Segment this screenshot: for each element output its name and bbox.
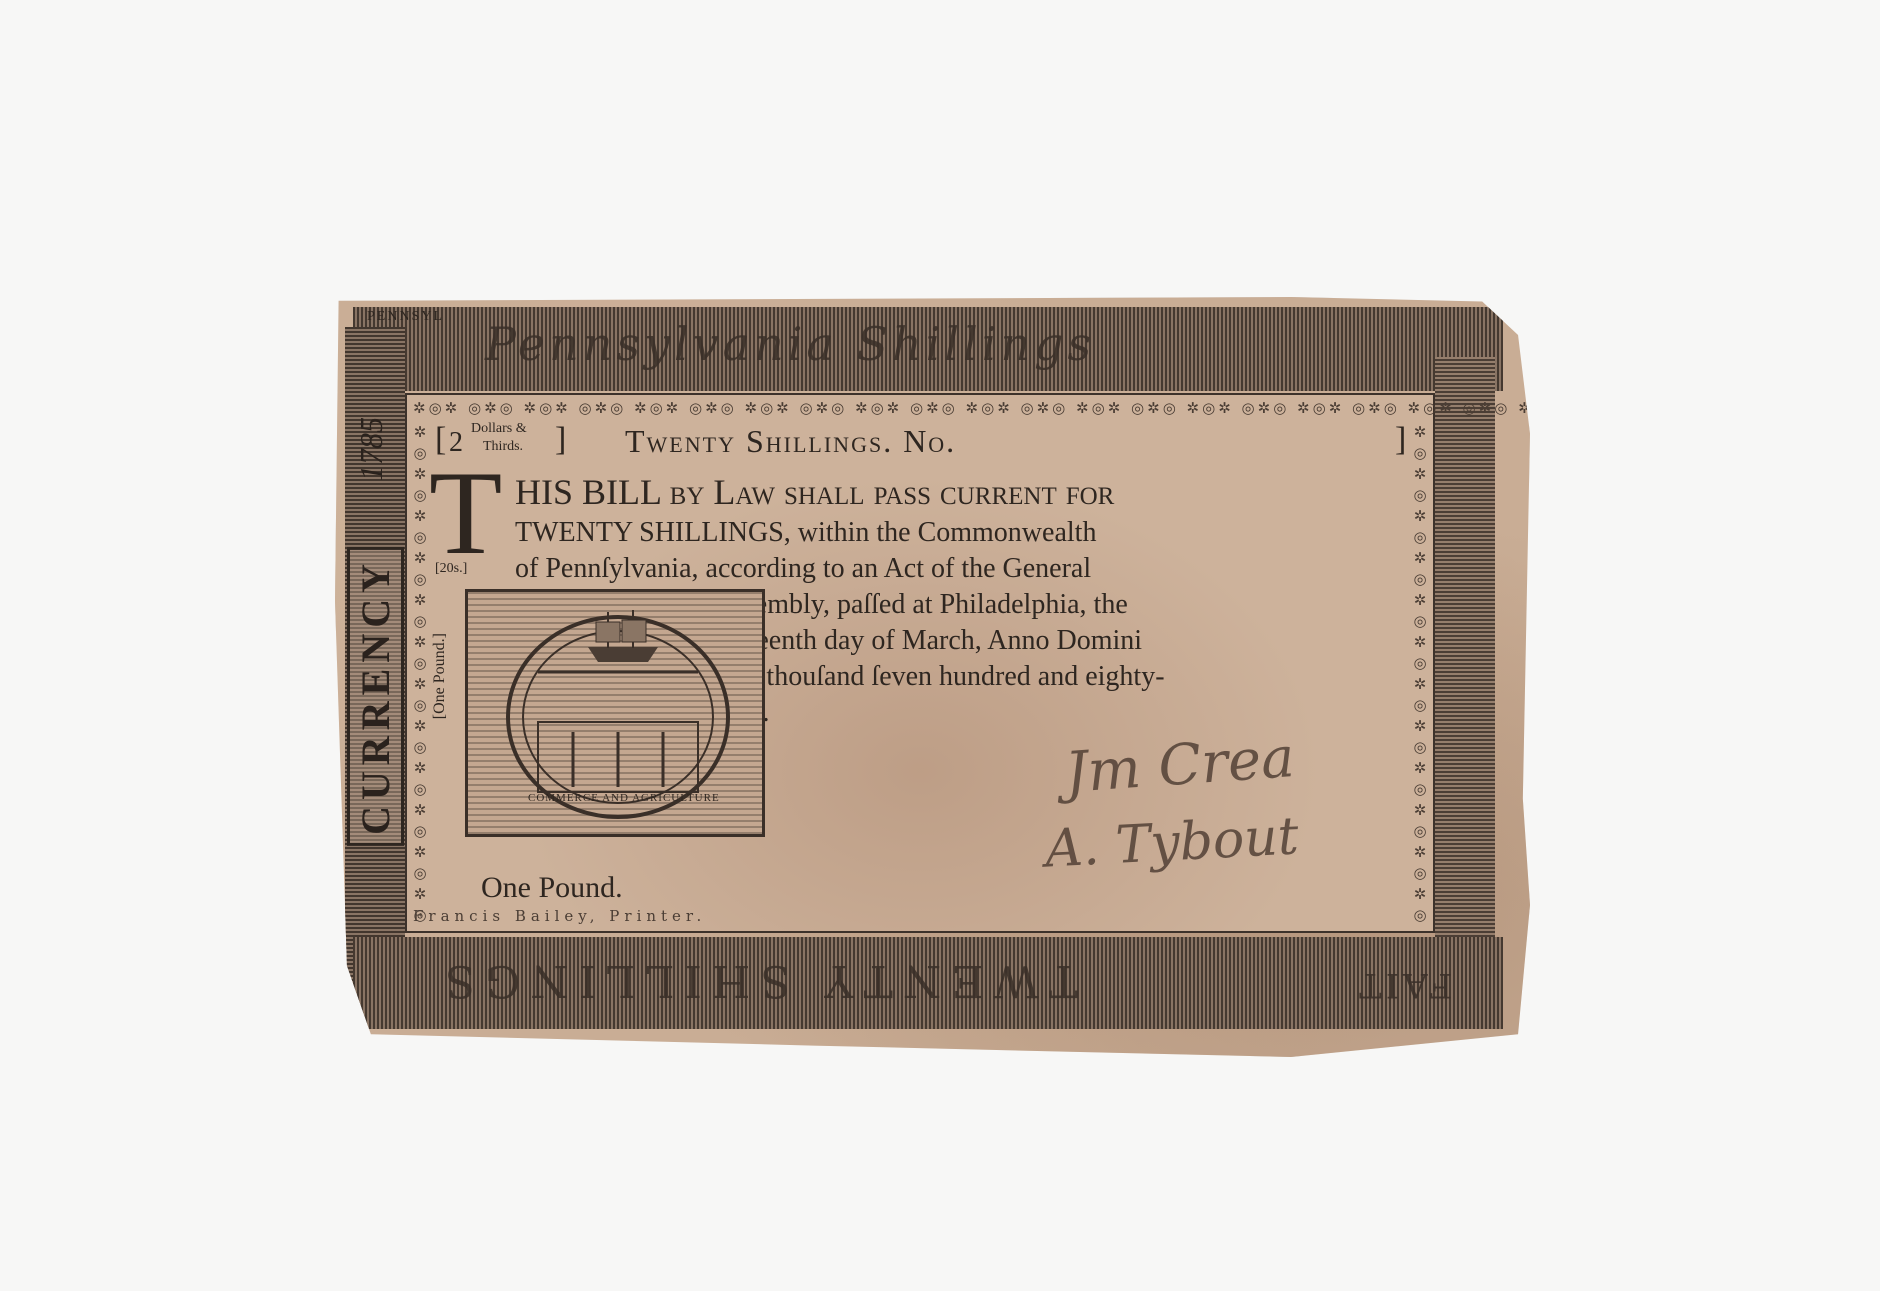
left-vertical-text: [One Pound.]	[431, 633, 449, 719]
left-ornament-line: ✲◎✲◎✲◎✲◎✲◎✲◎✲◎✲◎✲◎✲◎✲◎✲◎✲◎✲◎✲◎✲◎✲◎✲◎✲◎✲◎…	[411, 423, 429, 923]
commerce-agriculture-vignette: COMMERCE AND AGRICULTURE	[465, 589, 765, 837]
right-ornamental-border	[1435, 357, 1495, 977]
body-line-2: TWENTY SHILLINGS, within the Commonwealt…	[515, 517, 1096, 549]
year-text: 1785	[353, 417, 390, 481]
denomination-header: Twenty Shillings. No.	[625, 423, 956, 460]
top-small-text: PENNSYL	[367, 309, 444, 325]
bottom-scroll-text: TWENTY SHILLINGS	[435, 955, 1078, 1006]
value-tag: [20s.]	[435, 561, 467, 577]
body-line-5: ſixteenth day of March, Anno Domini	[719, 625, 1142, 657]
right-ornament-line: ✲◎✲◎✲◎✲◎✲◎✲◎✲◎✲◎✲◎✲◎✲◎✲◎✲◎✲◎✲◎✲◎✲◎✲◎✲◎✲◎…	[1411, 423, 1429, 923]
body-line-4: Aſſembly, paſſed at Philadelphia, the	[719, 589, 1128, 621]
serial-bracket: ]	[1395, 421, 1406, 459]
drop-cap: T	[429, 453, 502, 573]
body-line-6: one thouſand ſeven hundred and eighty-	[719, 661, 1165, 693]
top-scroll-text: Pennsylvania Shillings	[485, 317, 1095, 371]
dollar-bracket-close: ]	[555, 421, 566, 459]
body-line-1: HIS BILL by Law ſhall paſs current for	[515, 471, 1114, 513]
bottom-end-text: FAIT	[1355, 965, 1452, 1005]
currency-label: CURRENCY	[347, 547, 404, 846]
text-panel: ✲◎✲ ◎✲◎ ✲◎✲ ◎✲◎ ✲◎✲ ◎✲◎ ✲◎✲ ◎✲◎ ✲◎✲ ◎✲◎ …	[405, 393, 1435, 933]
banknote: Pennsylvania Shillings PENNSYL 1785 CURR…	[335, 297, 1530, 1057]
dollar-fraction-top: Dollars &	[471, 421, 527, 437]
printer-line: Francis Bailey, Printer.	[413, 907, 706, 925]
value-caption: One Pound.	[481, 871, 623, 905]
top-ornament-line: ✲◎✲ ◎✲◎ ✲◎✲ ◎✲◎ ✲◎✲ ◎✲◎ ✲◎✲ ◎✲◎ ✲◎✲ ◎✲◎ …	[413, 399, 1880, 417]
vignette-motto: COMMERCE AND AGRICULTURE	[528, 792, 720, 804]
body-line-3: of Pennſylvania, according to an Act of …	[515, 553, 1091, 585]
